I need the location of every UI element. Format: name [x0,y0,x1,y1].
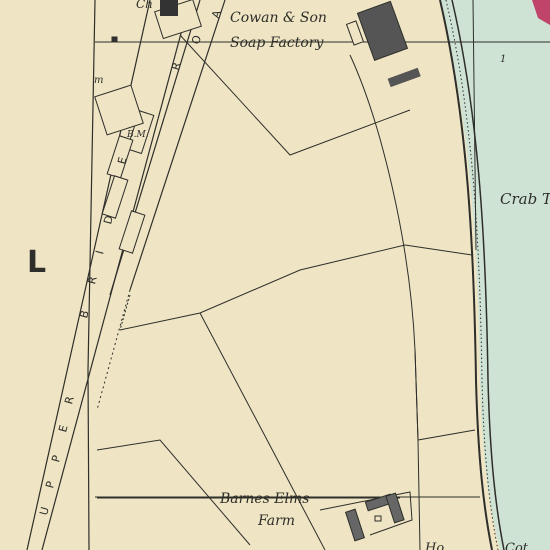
bottom-partial-label: Ho [424,541,444,550]
factory-label-line1: Cowan & Son [230,10,327,26]
chapel-label: Ch [136,0,153,11]
map-canvas: Cowan & Son Soap Factory Barnes Elms Far… [0,0,550,550]
bottom-partial-label-2: Cot [505,541,529,550]
factory-label-line2: Soap Factory [230,35,324,51]
mark-m: m [94,75,103,86]
grid-number: 1 [500,54,506,65]
big-letter-label: L [27,245,46,280]
benchmark-label: B.M. [126,130,149,140]
chapel-block [160,0,178,16]
river-label: Crab T [500,190,550,208]
farm-label-line2: Farm [257,513,295,529]
farm-label-line1: Barnes Elms [219,491,309,507]
historical-map: Cowan & Son Soap Factory Barnes Elms Far… [0,0,550,550]
